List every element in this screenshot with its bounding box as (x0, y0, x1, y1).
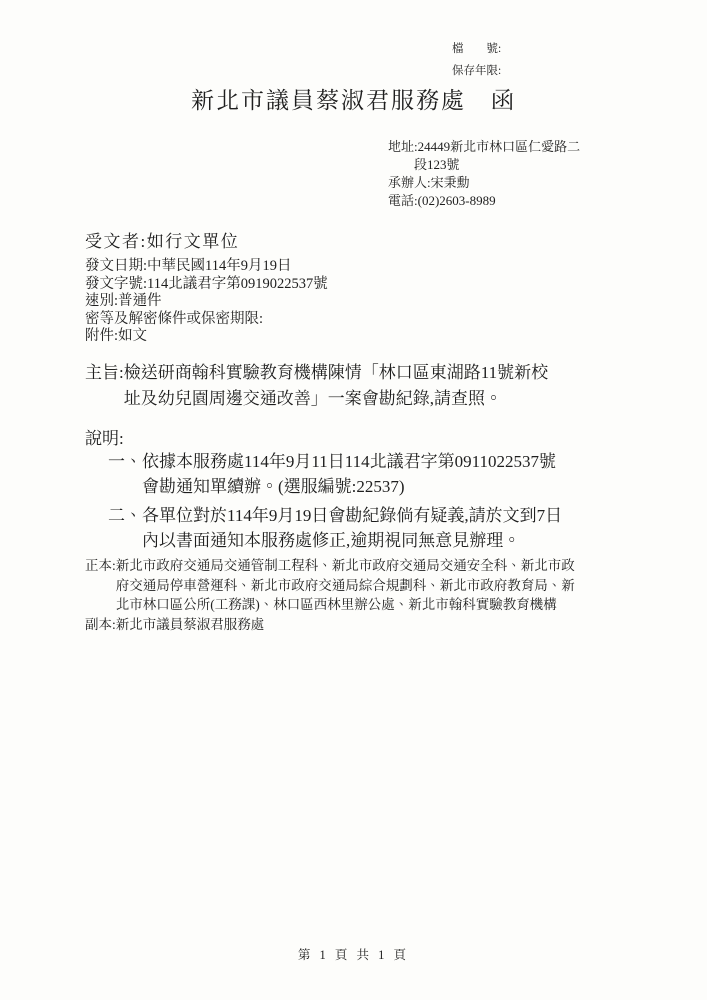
priority-value: 普通件 (118, 293, 162, 309)
item-1-text: 依據本服務處114年9月11日114北議君字第0911022537號會勘通知單續… (142, 449, 567, 499)
carbon-copy-recipients: 新北市議員蔡淑君服務處 (116, 615, 586, 635)
distribution-block: 正本: 新北市政府交通局交通管制工程科、新北市政府交通局交通安全科、新北市政府交… (85, 556, 586, 634)
item-1-number: 一、 (108, 449, 142, 499)
issue-date-line: 發文日期:中華民國114年9月19日 (85, 258, 328, 276)
item-2-number: 二、 (108, 503, 142, 553)
priority-line: 速別:普通件 (85, 293, 328, 311)
doc-number-value: 114北議君字第0919022537號 (147, 276, 328, 292)
original-copy-label: 正本: (85, 556, 116, 615)
subject-label: 主旨: (85, 360, 124, 412)
sender-contact-person: 承辦人:宋秉勳 (388, 174, 580, 192)
sender-address-line1: 地址:24449新北市林口區仁愛路二 (388, 138, 580, 156)
subject-text: 檢送研商翰科實驗教育機構陳情「林口區東湖路11號新校址及幼兒園周邊交通改善」一案… (124, 360, 554, 412)
carbon-copy-label: 副本: (85, 615, 116, 635)
document-title: 新北市議員蔡淑君服務處 函 (0, 82, 707, 115)
doc-number-line: 發文字號:114北議君字第0919022537號 (85, 276, 328, 294)
classification-label: 密等及解密條件或保密期限: (85, 311, 263, 327)
issue-date-value: 中華民國114年9月19日 (147, 258, 291, 274)
official-letter-page: 檔 號: 保存年限: 新北市議員蔡淑君服務處 函 地址:24449新北市林口區仁… (0, 0, 707, 1000)
sender-phone: 電話:(02)2603-8989 (388, 192, 580, 210)
attachment-value: 如文 (118, 328, 147, 344)
classification-line: 密等及解密條件或保密期限: (85, 311, 328, 329)
attachment-line: 附件:如文 (85, 328, 328, 346)
recipient-label: 受文者: (85, 232, 147, 251)
original-copy-row: 正本: 新北市政府交通局交通管制工程科、新北市政府交通局交通安全科、新北市政府交… (85, 556, 586, 615)
file-number-label: 檔 號: (452, 38, 512, 60)
original-copy-recipients: 新北市政府交通局交通管制工程科、新北市政府交通局交通安全科、新北市政府交通局停車… (116, 556, 586, 615)
priority-label: 速別: (85, 293, 118, 309)
description-item-1: 一、 依據本服務處114年9月11日114北議君字第0911022537號會勘通… (108, 449, 567, 499)
issue-date-label: 發文日期: (85, 258, 147, 274)
description-item-2: 二、 各單位對於114年9月19日會勘紀錄倘有疑義,請於文到7日內以書面通知本服… (108, 503, 567, 553)
carbon-copy-row: 副本: 新北市議員蔡淑君服務處 (85, 615, 586, 635)
sender-address-line2: 段123號 (388, 156, 580, 174)
subject-block: 主旨: 檢送研商翰科實驗教育機構陳情「林口區東湖路11號新校址及幼兒園周邊交通改… (85, 360, 566, 412)
sender-info-block: 地址:24449新北市林口區仁愛路二 段123號 承辦人:宋秉勳 電話:(02)… (388, 138, 580, 210)
retention-period-label: 保存年限: (452, 60, 512, 82)
doc-number-label: 發文字號: (85, 276, 147, 292)
description-items: 一、 依據本服務處114年9月11日114北議君字第0911022537號會勘通… (108, 449, 567, 557)
attachment-label: 附件: (85, 328, 118, 344)
page-number-footer: 第 1 頁 共 1 頁 (0, 945, 707, 963)
item-2-text: 各單位對於114年9月19日會勘紀錄倘有疑義,請於文到7日內以書面通知本服務處修… (142, 503, 567, 553)
recipient-line: 受文者:如行文單位 (85, 227, 239, 252)
description-heading: 說明: (85, 424, 124, 449)
recipient-value: 如行文單位 (147, 232, 240, 251)
corner-file-info: 檔 號: 保存年限: (452, 38, 512, 82)
document-meta-block: 發文日期:中華民國114年9月19日 發文字號:114北議君字第09190225… (85, 258, 328, 346)
